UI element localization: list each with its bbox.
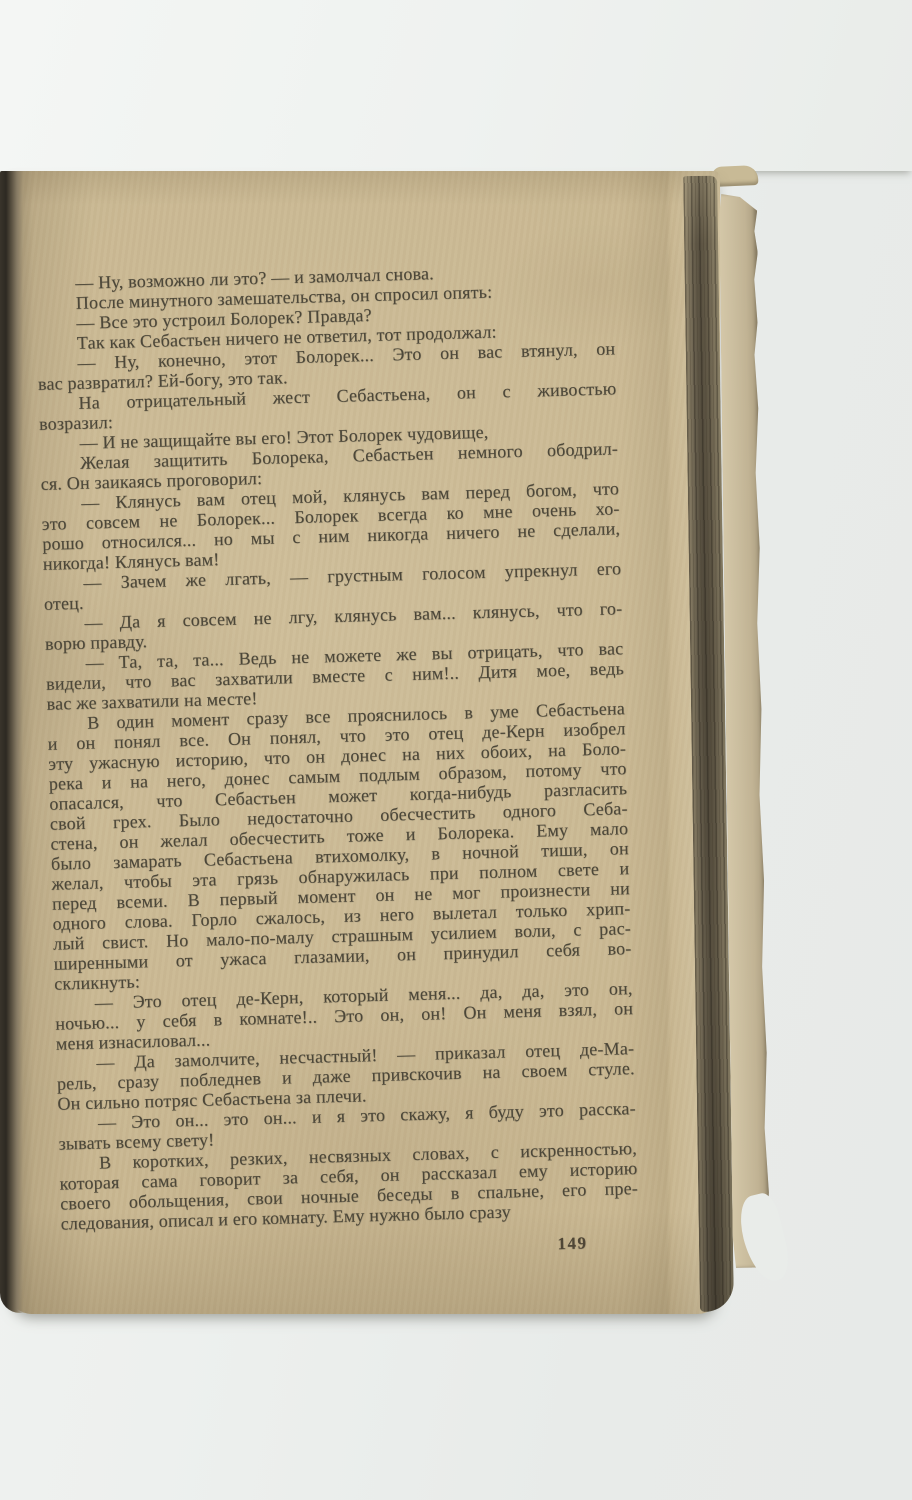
page-text-block: — Ну, возможно ли это? — и замолчал снов… xyxy=(35,258,640,1267)
scanned-book-photo: — Ну, возможно ли это? — и замолчал снов… xyxy=(0,0,912,1500)
binding-gutter-shadow xyxy=(0,171,32,1313)
paragraph: В один момент сразу все прояснилось в ум… xyxy=(47,698,632,994)
paragraph: В коротких, резких, несвязных словах, с … xyxy=(59,1138,639,1234)
sheet-above-page xyxy=(0,0,912,171)
paragraph: — Клянусь вам отец мой, клянусь вам пере… xyxy=(41,478,621,574)
